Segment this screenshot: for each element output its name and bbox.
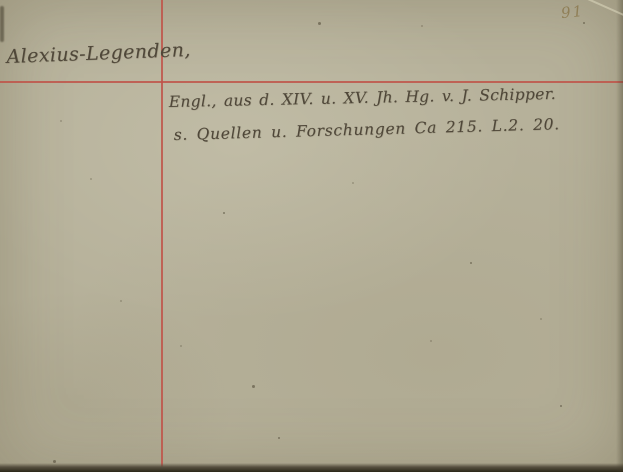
speckle: [180, 345, 182, 347]
card-right-edge-shadow: [616, 0, 623, 472]
speckle: [421, 25, 423, 27]
corner-number: 91: [560, 2, 585, 22]
speckle: [120, 300, 122, 302]
speckle: [90, 178, 92, 180]
speckle: [252, 385, 255, 388]
red-vertical-rule: [161, 0, 163, 472]
speckle: [430, 340, 432, 342]
red-horizontal-rule: [0, 81, 623, 83]
catalog-card-scan: Alexius-Legenden, Engl., aus d. XIV. u. …: [0, 0, 623, 472]
speckle: [583, 22, 585, 24]
speckle: [560, 405, 562, 407]
card-bottom-edge: [0, 463, 623, 472]
speckle: [60, 120, 62, 122]
speckle: [278, 437, 280, 439]
speckle: [352, 182, 354, 184]
card-heading: Alexius-Legenden,: [6, 39, 191, 68]
speckle: [540, 318, 542, 320]
left-edge-mark: [0, 6, 4, 42]
entry-line-1: Engl., aus d. XIV. u. XV. Jh. Hg. v. J. …: [169, 85, 556, 111]
speckle: [470, 262, 472, 264]
speckle: [318, 22, 321, 25]
entry-line-2: s. Quellen u. Forschungen Ca 215. L.2. 2…: [173, 115, 560, 144]
speckle: [53, 460, 56, 463]
speckle: [223, 212, 225, 214]
